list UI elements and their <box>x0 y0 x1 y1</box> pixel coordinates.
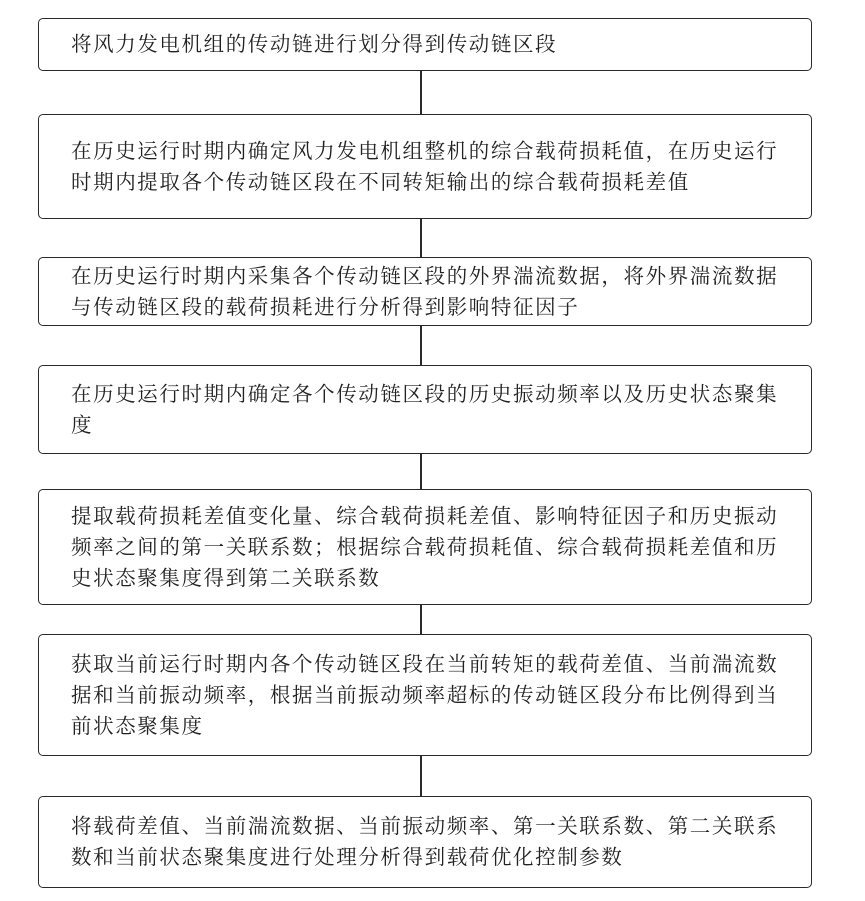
flow-step-1: 将风力发电机组的传动链进行划分得到传动链区段 <box>38 18 812 71</box>
connector-3-4 <box>420 326 422 365</box>
flow-step-5-text: 提取载荷损耗差值变化量、综合载荷损耗差值、影响特征因子和历史振动频率之间的第一关… <box>71 501 781 594</box>
flow-step-6-text: 获取当前运行时期内各个传动链区段在当前转矩的载荷差值、当前湍流数据和当前振动频率… <box>71 649 781 742</box>
flow-step-6: 获取当前运行时期内各个传动链区段在当前转矩的载荷差值、当前湍流数据和当前振动频率… <box>38 634 812 756</box>
flow-step-2-text: 在历史运行时期内确定风力发电机组整机的综合载荷损耗值，在历史运行时期内提取各个传… <box>71 136 781 198</box>
flow-step-2: 在历史运行时期内确定风力发电机组整机的综合载荷损耗值，在历史运行时期内提取各个传… <box>38 114 812 219</box>
flow-step-4: 在历史运行时期内确定各个传动链区段的历史振动频率以及历史状态聚集度 <box>38 365 812 454</box>
flow-step-3: 在历史运行时期内采集各个传动链区段的外界湍流数据，将外界湍流数据与传动链区段的载… <box>38 257 812 326</box>
flow-step-4-text: 在历史运行时期内确定各个传动链区段的历史振动频率以及历史状态聚集度 <box>71 379 781 441</box>
connector-2-3 <box>420 219 422 257</box>
flow-step-3-text: 在历史运行时期内采集各个传动链区段的外界湍流数据，将外界湍流数据与传动链区段的载… <box>71 261 781 323</box>
flow-step-7: 将载荷差值、当前湍流数据、当前振动频率、第一关联系数、第二关联系数和当前状态聚集… <box>38 796 812 888</box>
flow-step-1-text: 将风力发电机组的传动链进行划分得到传动链区段 <box>71 29 557 60</box>
flow-step-7-text: 将载荷差值、当前湍流数据、当前振动频率、第一关联系数、第二关联系数和当前状态聚集… <box>71 811 781 873</box>
connector-6-7 <box>420 756 422 796</box>
connector-4-5 <box>420 454 422 489</box>
flow-step-5: 提取载荷损耗差值变化量、综合载荷损耗差值、影响特征因子和历史振动频率之间的第一关… <box>38 489 812 605</box>
connector-5-6 <box>420 605 422 634</box>
connector-1-2 <box>420 71 422 114</box>
